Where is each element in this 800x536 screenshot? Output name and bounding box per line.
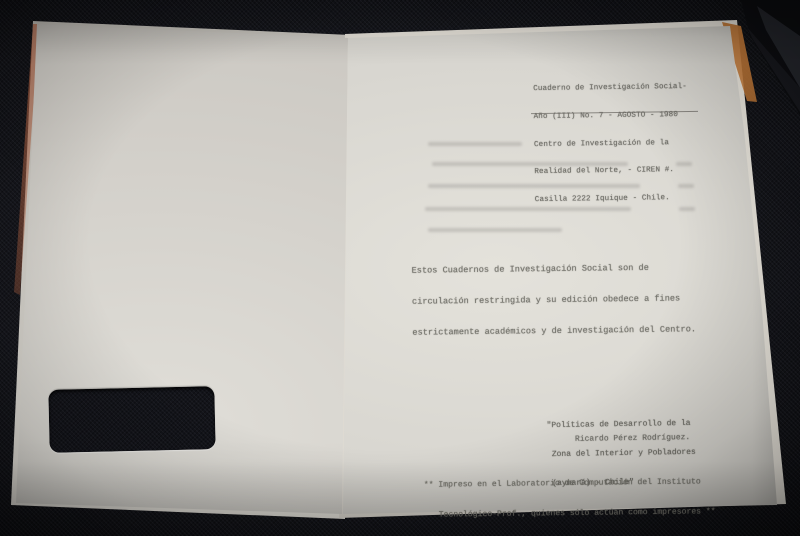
ghost-text-line (428, 228, 562, 232)
ghost-page-number (678, 184, 694, 188)
photo-of-open-booklet: Cuaderno de Investigación Social- Año (I… (0, 0, 800, 536)
imprint-line: Casilla 2222 Iquique - Chile. (535, 194, 689, 205)
circulation-notice: Estos Cuadernos de Investigación Social … (411, 241, 696, 359)
die-cut-window (48, 386, 215, 453)
imprint-line: Centro de Investigación de la (534, 139, 688, 150)
notice-line: circulación restringida y su edición obe… (412, 293, 696, 307)
ghost-text-line (428, 184, 640, 188)
ghost-text-line (432, 162, 628, 166)
ghost-page-number (679, 207, 695, 211)
footnote-line: ** Impreso en el Laboratorio de Computac… (424, 477, 716, 491)
imprint-line: Realidad del Norte, - CIREN #. (534, 166, 688, 177)
author-line: Ricardo Pérez Rodríguez. (575, 433, 690, 444)
notice-line: Estos Cuadernos de Investigación Social … (412, 262, 696, 276)
title-line: "Políticas de Desarrollo de la (546, 419, 695, 431)
imprint-block: Cuaderno de Investigación Social- Año (I… (533, 65, 689, 224)
ghost-page-number (676, 162, 692, 166)
ghost-text-line (425, 207, 631, 211)
printer-footnote: ** Impreso en el Laboratorio de Computac… (424, 457, 716, 536)
imprint-line: Cuaderno de Investigación Social- (533, 83, 687, 94)
ghost-text-line (428, 142, 522, 146)
notice-line: estrictamente académicos y de investigac… (412, 325, 696, 339)
footnote-line: Tecnológico-Prof., quienes sólo actúan c… (424, 507, 716, 521)
